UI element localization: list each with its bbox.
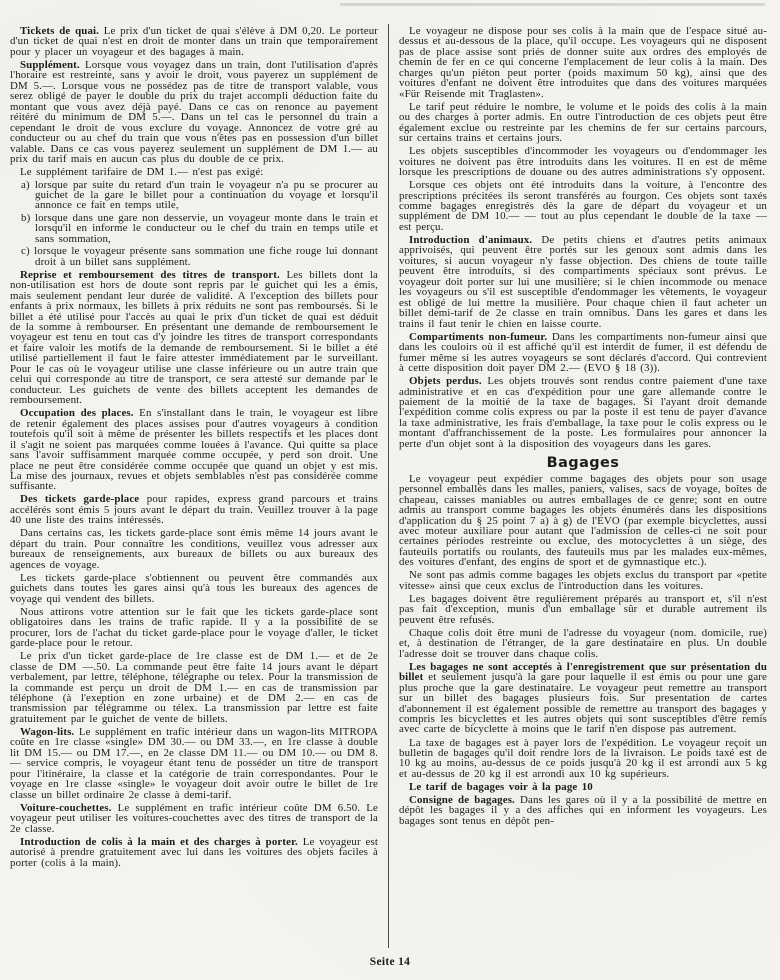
paragraph: Le supplément tarifaire de DM 1.— n'est …: [10, 167, 378, 177]
paragraph: Occupation des places. En s'installant d…: [10, 408, 378, 492]
paragraph-lead: Compartiments non-fumeur.: [409, 331, 547, 343]
paragraph-lead: Objets perdus.: [409, 375, 482, 387]
page-number: Seite 14: [0, 956, 780, 968]
column-divider: [388, 24, 389, 948]
paragraph: Voiture-couchettes. Le supplément en tra…: [10, 803, 378, 834]
paragraph: Les objets susceptibles d'incommoder les…: [399, 146, 767, 177]
document-page: { "colors": { "paper": "#f4f3ef", "ink":…: [0, 0, 780, 980]
paragraph-lead: Introduction d'animaux.: [409, 234, 532, 246]
paragraph: Le voyageur peut expédier comme bagages …: [399, 474, 767, 568]
list-item-label: c): [21, 245, 34, 257]
paragraph-lead: Voiture-couchettes.: [20, 802, 112, 814]
paragraph: Compartiments non-fumeur. Dans les compa…: [399, 332, 767, 374]
paragraph: Dans certains cas, les tickets garde-pla…: [10, 528, 378, 570]
paragraph-lead: Consigne de bagages.: [409, 794, 515, 806]
scan-artifact: [340, 3, 765, 6]
paragraph: Introduction de colis à la main et des c…: [10, 837, 378, 868]
paragraph-lead: Les bagages ne sont acceptés à l'enregis…: [399, 661, 767, 683]
list-item: a) lorsque par suite du retard d'un trai…: [10, 180, 378, 211]
list-item-label: b): [21, 212, 35, 224]
paragraph: Supplément. Lorsque vous voyagez dans un…: [10, 60, 378, 165]
paragraph: Le voyageur ne dispose pour ses colis à …: [399, 26, 767, 99]
paragraph-lead: Occupation des places.: [20, 407, 134, 419]
paragraph: Les tickets garde-place s'obtiennent ou …: [10, 573, 378, 604]
paragraph-lead: Introduction de colis à la main et des c…: [20, 836, 298, 848]
list-item: c) lorsque le voyageur présente sans som…: [10, 246, 378, 267]
left-column: Tickets de quai. Le prix d'un ticket de …: [10, 26, 378, 868]
paragraph: Objets perdus. Les objets trouvés sont r…: [399, 376, 767, 449]
paragraph: Nous attirons votre attention sur le fai…: [10, 607, 378, 649]
list-item-label: a): [21, 179, 35, 191]
paragraph-lead: Supplément.: [20, 59, 80, 71]
paragraph: Consigne de bagages. Dans les gares où i…: [399, 795, 767, 826]
paragraph: La taxe de bagages est à payer lors de l…: [399, 738, 767, 780]
paragraph: Reprise et remboursement des titres de t…: [10, 270, 378, 406]
right-column: Le voyageur ne dispose pour ses colis à …: [399, 26, 767, 826]
paragraph: Le prix d'un ticket garde-place de 1re c…: [10, 651, 378, 724]
paragraph: Tickets de quai. Le prix d'un ticket de …: [10, 26, 378, 57]
list-item: b) lorsque dans une gare non desservie, …: [10, 213, 378, 244]
paragraph: Ne sont pas admis comme bagages les obje…: [399, 570, 767, 591]
paragraph-lead: Wagon-lits.: [20, 726, 74, 738]
paragraph: Introduction d'animaux. De petits chiens…: [399, 235, 767, 329]
paragraph: Le tarif peut réduire le nombre, le volu…: [399, 102, 767, 144]
paragraph: Wagon-lits. Le supplément en trafic inté…: [10, 727, 378, 800]
paragraph: Lorsque ces objets ont été introduits da…: [399, 180, 767, 232]
paragraph-lead: Reprise et remboursement des titres de t…: [20, 269, 280, 281]
paragraph: Chaque colis doit être muni de l'adresse…: [399, 628, 767, 659]
section-heading-bagages: Bagages: [399, 458, 767, 468]
paragraph: Des tickets garde-place pour rapides, ex…: [10, 494, 378, 525]
paragraph: Les bagages doivent être regulièrement p…: [399, 594, 767, 625]
paragraph-lead: Des tickets garde-place: [20, 493, 139, 505]
bold-note-line: Le tarif de bagages voir à la page 10: [399, 782, 767, 792]
paragraph-lead: Tickets de quai.: [20, 25, 99, 37]
paragraph: Les bagages ne sont acceptés à l'enregis…: [399, 662, 767, 735]
